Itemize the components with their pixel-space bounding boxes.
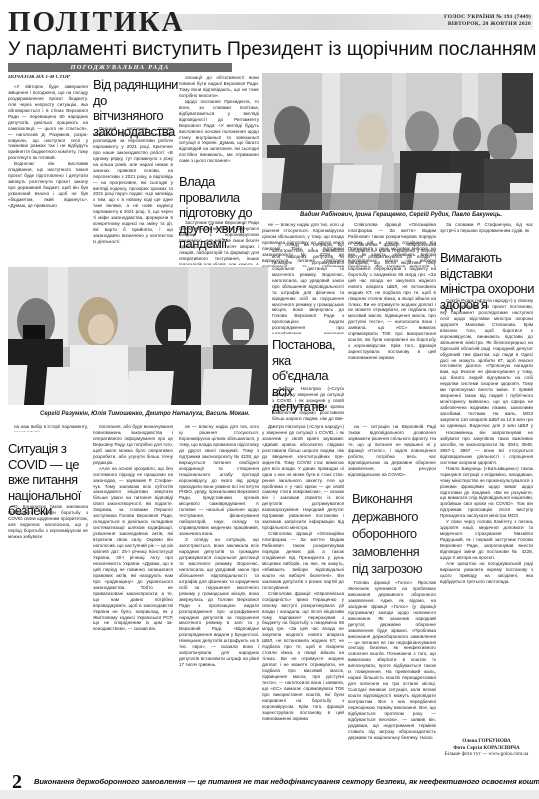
newspaper-page: ПОЛІТИКА ГОЛОС УКРАЇНИ № 191 (7449) ВІВТ… [0,0,539,790]
from-soviet-column: Перший заступник Голо­ви Верховної Ради … [93,126,173,265]
pandemic-column-3: З огляду на ситуацію, що загострюється, … [272,242,344,334]
main-headline: У парламенті виступить Президент із щорі… [8,38,533,60]
photo-top-caption: Вадим Рабінович, Ірина Геращенко, Сергій… [300,212,502,218]
paragraph: на наш вибір в історії парла­менту, — за… [8,424,88,432]
section-rubric: ПОЛІТИКА [8,6,184,39]
paragraph: Сергій Рудик («Слуга народу») у своєму в… [440,298,533,428]
paragraph: Насамкінець він запропонував не забувати… [440,430,533,466]
paragraph: Перший заступник Голо­ви Верховної Ради … [93,126,173,245]
photo-middle-caption: Сергій Разумкін, Юлія Тимошенко, Дмитро … [40,411,250,417]
photo-middle-image [8,267,268,405]
paragraph: посягання, або буде визначу­вання повнов… [93,424,173,466]
paragraph: Дмитро Наталуха («Слу­га народу») у звер… [262,424,344,531]
from-soviet-column-2: опозиції до об'єктивності вони повинні б… [179,75,259,190]
photo-top-image [262,73,533,210]
minister-column: Сергій Рудик («Слуга народу») у своєму в… [440,298,533,428]
paragraph: Співголова фракції «Європейська солідарн… [348,242,436,361]
resolution-column-3: Дмитро Наталуха («Слу­га народу») у звер… [262,424,344,762]
paragraph: Але зрештою на погоджувальній раді виріш… [440,561,533,585]
resolution-column-4: на — ситуацію на Верховній Раді також ві… [348,424,436,481]
paragraph: Водночас він висловив сподівання, що нас… [8,161,88,209]
photo-top-deputies [262,73,533,210]
paragraph: З огляду на ситуацію, що загострюється, … [179,537,259,668]
issue-date: ВІВТОРОК, 20 ЖОВТНЯ 2020 [444,21,531,28]
more-photos-link[interactable]: Більше фото тут — www.golos.com.ua [440,751,533,758]
photo-middle-deputies [8,267,268,405]
paragraph: Співголова фракції «Опозиційна платформа… [262,531,344,591]
paragraph: не — власну надію для тих, кого ці рішен… [179,424,259,537]
defence-column: Голова фракції «Голос» Ярослав Железняк … [348,580,436,762]
article-credits: Олена ГОРБУНОВА Фото Сергія КОРАЛЄВИЧА Б… [440,738,533,764]
paragraph: О. Кондратюк також закликала Президента … [8,504,88,540]
paragraph: З огляду на ситуацію, що загострюється, … [272,242,344,334]
subheading-defence: Виконання державного оборонного замовлен… [352,490,432,578]
paragraph: Голова фракції «Голос» Ярослав Железняк … [348,580,436,741]
resolution-column-2: Співголова фракції «Європейська солідарн… [348,242,436,422]
paragraph: опозиції до об'єктивності вони повинні б… [179,75,259,99]
issue-number: ГОЛОС УКРАЇНИ № 191 (7449) [444,14,531,21]
covid-column: О. Кондратюк також закликала Президента … [8,504,88,762]
footer-quote: Виконання держоборонного замовлення — це… [34,777,539,786]
intro-column: ПОЧАТОК НА 1-Й СТОР «У вівторок буде зав… [8,75,88,265]
minister-intro: За словами Р. Стефанчу­ка, під час зустр… [440,222,533,242]
paragraph: Щодо послання Прези­дента, то воно, за с… [179,99,259,164]
paragraph: на — ситуацію на Верховній Раді також ві… [348,424,436,478]
minister-column-2: Насамкінець він запропонував не забувати… [440,430,533,690]
section-band: ПОГОДЖУВАЛЬНА РАДА [8,63,232,72]
paragraph: Павло Бакунець («Батьківщина») також тор… [440,466,533,520]
paragraph: «У вівторок буде заверше­но зміщення і п… [8,84,88,161]
continuation-kicker: ПОЧАТОК НА 1-Й СТОР [8,75,88,81]
page-number: 2 [12,771,22,794]
intro-end: на наш вибір в історії парла­менту, — за… [8,424,88,432]
paragraph: За словами Р. Стефанчу­ка, під час зустр… [440,222,533,234]
paragraph: Співголова фракції «Європейська солідарн… [262,591,344,722]
pandemic-column: Заступник Голови Вер­ховної Ради Олена К… [179,220,259,265]
paragraph: У свою чергу голова Комітету з питань зд… [440,519,533,561]
paragraph: Дмитро Наталуха («Слу­га народу») у звер… [272,386,344,421]
resolution-column: Дмитро Наталуха («Слу­га народу») у звер… [272,386,344,421]
paragraph: «Але на основі зрозумі­ло, що без систем… [93,466,173,633]
paragraph: Заступник Голови Вер­ховної Ради Олена К… [179,220,259,265]
issue-info: ГОЛОС УКРАЇНИ № 191 (7449) ВІВТОРОК, 20 … [444,14,531,28]
pandemic-column-4: не — власну надію для тих, кого ці рішен… [179,424,259,762]
from-soviet-column-3: посягання, або буде визначу­вання повнов… [93,424,173,762]
